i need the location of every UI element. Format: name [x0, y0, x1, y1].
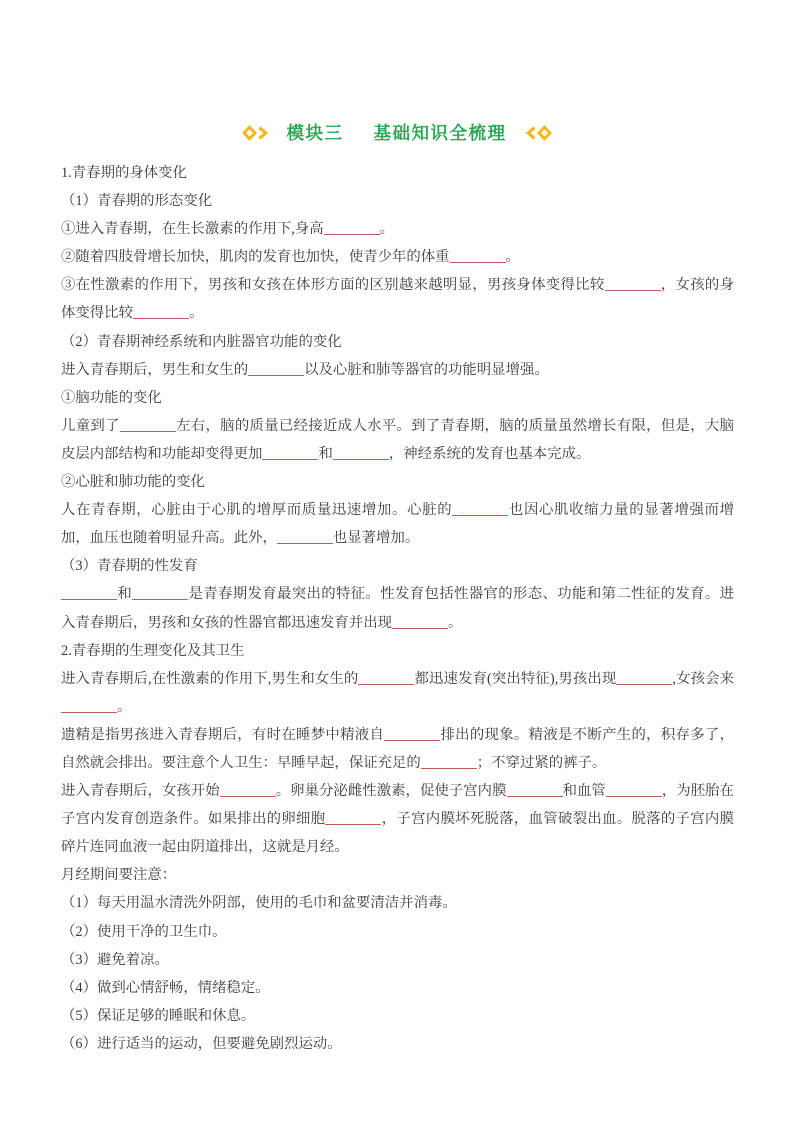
- paragraph: （2）青春期神经系统和内脏器官功能的变化: [61, 328, 734, 356]
- answer-blank: [324, 221, 380, 236]
- paragraph: ①进入青春期，在生长激素的作用下,身高。: [61, 215, 734, 243]
- content: 1.青春期的身体变化（1）青春期的形态变化①进入青春期，在生长激素的作用下,身高…: [61, 159, 734, 1058]
- answer-blank: [333, 445, 389, 460]
- paragraph: ③在性激素的作用下，男孩和女孩在体形方面的区别越来越明显，男孩身体变得比较，女孩…: [61, 271, 734, 327]
- worksheet-page: 模块三 基础知识全梳理 1.青春期的身体变化（1）青春期的形态变化①进入青春期，…: [0, 0, 793, 1122]
- answer-blank: [384, 726, 440, 741]
- paragraph: 月经期间要注意：: [61, 861, 734, 889]
- paragraph: （4）做到心情舒畅，情绪稳定。: [61, 974, 734, 1002]
- answer-blank: [358, 670, 414, 685]
- paragraph: ①脑功能的变化: [61, 384, 734, 412]
- paragraph: 进入青春期后，男生和女生的以及心脏和肺等器官的功能明显增强。: [61, 356, 734, 384]
- answer-blank: [392, 614, 448, 629]
- answer-blank: [616, 670, 672, 685]
- paragraph: （1）青春期的形态变化: [61, 187, 734, 215]
- page-title: 模块三 基础知识全梳理: [0, 118, 793, 148]
- paragraph: ②随着四肢骨增长加快，肌肉的发育也加快，使青少年的体重。: [61, 243, 734, 271]
- answer-blank: [61, 586, 117, 601]
- paragraph: （2）使用干净的卫生巾。: [61, 918, 734, 946]
- answer-blank: [507, 782, 563, 797]
- answer-blank: [450, 249, 506, 264]
- paragraph: 1.青春期的身体变化: [61, 159, 734, 187]
- answer-blank: [605, 277, 661, 292]
- diamond-right-chevron-icon: [242, 125, 269, 141]
- paragraph: 进入青春期后，女孩开始。卵巢分泌雌性激素，促使子宫内膜和血管，为胚胎在子宫内发育…: [61, 777, 734, 861]
- answer-blank: [452, 501, 508, 516]
- answer-blank: [277, 530, 333, 545]
- answer-blank: [133, 305, 189, 320]
- paragraph: ②心脏和肺功能的变化: [61, 468, 734, 496]
- answer-blank: [421, 754, 477, 769]
- paragraph: 进入青春期后,在性激素的作用下,男生和女生的都迅速发育(突出特征),男孩出现,女…: [61, 665, 734, 721]
- paragraph: 人在青春期，心脏由于心肌的增厚而质量迅速增加。心脏的也因心肌收缩力量的显著增强而…: [61, 496, 734, 552]
- paragraph: 遗精是指男孩进入青春期后，有时在睡梦中精液自排出的现象。精液是不断产生的，积存多…: [61, 721, 734, 777]
- answer-blank: [262, 445, 318, 460]
- module-label: 模块三: [287, 118, 344, 148]
- title-label: 基础知识全梳理: [374, 118, 507, 148]
- paragraph: （3）青春期的性发育: [61, 552, 734, 580]
- answer-blank: [325, 810, 381, 825]
- answer-blank: [248, 361, 304, 376]
- paragraph: （3）避免着凉。: [61, 946, 734, 974]
- paragraph: 2.青春期的生理变化及其卫生: [61, 637, 734, 665]
- answer-blank: [61, 698, 117, 713]
- paragraph: （6）进行适当的运动，但要避免剧烈运动。: [61, 1030, 734, 1058]
- answer-blank: [606, 782, 662, 797]
- left-chevron-diamond-icon: [525, 125, 552, 141]
- paragraph: 和是青春期发育最突出的特征。性发育包括性器官的形态、功能和第二性征的发育。进入青…: [61, 580, 734, 636]
- paragraph: （1）每天用温水清洗外阴部，使用的毛巾和盆要清洁并消毒。: [61, 889, 734, 917]
- answer-blank: [220, 782, 276, 797]
- answer-blank: [132, 586, 188, 601]
- paragraph: 儿童到了左右，脑的质量已经接近成人水平。到了青春期，脑的质量虽然增长有限，但是，…: [61, 412, 734, 468]
- answer-blank: [120, 417, 176, 432]
- paragraph: （5）保证足够的睡眠和休息。: [61, 1002, 734, 1030]
